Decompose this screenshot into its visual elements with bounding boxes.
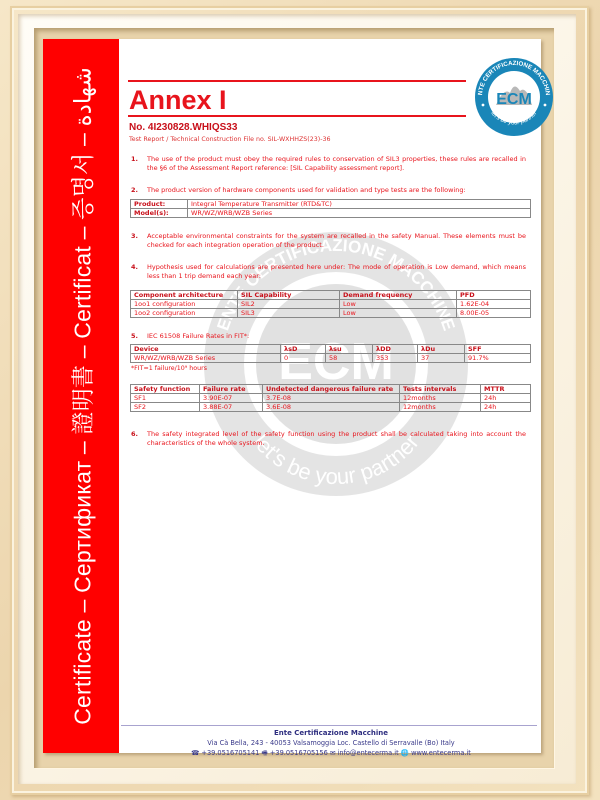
footer-contact: ☎ +39.0516705141 🖷 +39.0516705156 ✉ info… — [121, 749, 541, 760]
phone-icon: ☎ — [191, 749, 199, 757]
table-row: Model(s): WR/WZ/WRB/WZB Series — [131, 209, 531, 218]
certificate-number: No. 4I230828.WHIQS33 — [129, 122, 237, 133]
globe-icon: 🌐 — [401, 749, 409, 757]
footer-website[interactable]: www.entecerma.it — [411, 749, 471, 757]
top-rule — [128, 80, 466, 82]
product-table: Product: Integral Temperature Transmitte… — [130, 199, 531, 218]
paragraph-5: 5. IEC 61508 Failure Rates in FIT*: — [131, 332, 526, 341]
footer-phone: +39.0516705141 — [201, 749, 259, 757]
table-row: SF2 3.88E-07 3.6E-08 12months 24h — [131, 403, 531, 412]
certificate-page: Certificate – Сертификат – 證明書 – Certifi… — [43, 39, 541, 753]
title-rule — [128, 115, 466, 117]
architecture-table: Component architecture SIL Capability De… — [130, 290, 531, 318]
email-icon: ✉ — [330, 749, 336, 757]
side-banner: Certificate – Сертификат – 證明書 – Certifi… — [43, 39, 119, 753]
svg-text:ECM: ECM — [496, 91, 532, 108]
table-row: 1oo1 configuration SIL2 Low 1.62E-04 — [131, 300, 531, 309]
footer-fax: +39.0516705156 — [270, 749, 328, 757]
footer-company: Ente Certificazione Macchine — [121, 729, 541, 737]
footer-email[interactable]: info@entecerma.it — [338, 749, 399, 757]
safety-function-table: Safety function Failure rate Undetected … — [130, 384, 531, 412]
table-row: SF1 3.90E-07 3.7E-08 12months 24h — [131, 394, 531, 403]
table-row: WR/WZ/WRB/WZB Series 0 58 353 37 91.7% — [131, 354, 531, 363]
paragraph-4: 4. Hypothesis used for calculations are … — [131, 263, 526, 282]
failure-rate-table: Device λsD λsu λDD λDu SFF WR/WZ/WRB/WZB… — [130, 344, 531, 363]
footer-rule — [121, 725, 537, 726]
fax-icon: 🖷 — [262, 749, 268, 757]
table-row: Product: Integral Temperature Transmitte… — [131, 200, 531, 209]
certificate-content: ECM let's be your partner ENTE CERTIFICA… — [121, 39, 541, 753]
side-banner-text: Certificate – Сертификат – 證明書 – Certifi… — [65, 67, 98, 725]
table-header-row: Safety function Failure rate Undetected … — [131, 385, 531, 394]
fit-note: *FIT=1 failure/10⁹ hours — [131, 365, 207, 372]
paragraph-3: 3. Acceptable environmental constraints … — [131, 232, 526, 251]
ecm-logo-icon: ECM ENTE CERTIFICAZIONE MACCHINE let's b… — [474, 57, 554, 137]
footer-address: Via Cà Bella, 243 - 40053 Valsamoggia Lo… — [121, 739, 541, 747]
report-reference: Test Report / Technical Construction Fil… — [129, 136, 330, 143]
annex-title: Annex I — [129, 85, 227, 116]
table-header-row: Component architecture SIL Capability De… — [131, 291, 531, 300]
paragraph-6: 6. The safety integrated level of the sa… — [131, 430, 526, 449]
paragraph-2: 2. The product version of hardware compo… — [131, 186, 526, 195]
table-row: 1oo2 configuration SIL3 Low 8.00E-05 — [131, 309, 531, 318]
table-header-row: Device λsD λsu λDD λDu SFF — [131, 345, 531, 354]
paragraph-1: 1. The use of the product must obey the … — [131, 155, 526, 174]
